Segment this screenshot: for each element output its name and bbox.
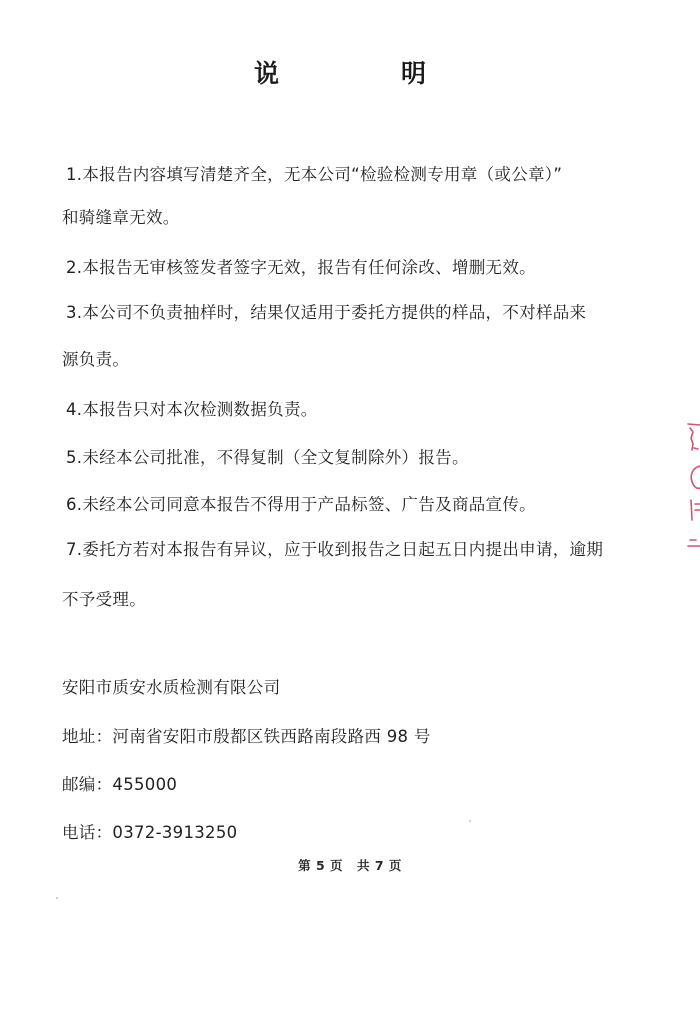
current-page-label: 第 5 页 <box>298 856 343 874</box>
page-footer: 第 5 页共 7 页 <box>0 856 700 874</box>
company-postcode: 邮编：455000 <box>62 773 177 797</box>
note-1-line-1: 1.本报告内容填写清楚齐全，无本公司“检验检测专用章（或公章）” <box>66 163 562 187</box>
note-3-line-2: 源负责。 <box>62 348 129 372</box>
note-4: 4.本报告只对本次检测数据负责。 <box>66 398 318 422</box>
document-page: 说 明 1.本报告内容填写清楚齐全，无本公司“检验检测专用章（或公章）” 和骑缝… <box>0 0 700 1021</box>
note-6: 6.未经本公司同意本报告不得用于产品标签、广告及商品宣传。 <box>66 493 536 517</box>
company-phone: 电话：0372-3913250 <box>62 821 237 845</box>
company-address: 地址：河南省安阳市殷都区铁西路南段路西 98 号 <box>62 725 431 749</box>
title-char-1: 说 <box>254 56 279 92</box>
seal-stamp-fragment-icon <box>684 422 700 560</box>
note-7-line-2: 不予受理。 <box>62 588 146 612</box>
title-char-2: 明 <box>401 56 426 92</box>
note-3-line-1: 3.本公司不负责抽样时，结果仅适用于委托方提供的样品，不对样品来 <box>66 301 586 325</box>
note-5: 5.未经本公司批准，不得复制（全文复制除外）报告。 <box>66 446 469 470</box>
total-pages-label: 共 7 页 <box>357 856 402 874</box>
note-1-line-2: 和骑缝章无效。 <box>62 206 180 230</box>
company-name: 安阳市质安水质检测有限公司 <box>62 676 280 700</box>
document-title: 说 明 <box>0 56 700 96</box>
note-2: 2.本报告无审核签发者签字无效，报告有任何涂改、增删无效。 <box>66 256 536 280</box>
scan-speck <box>469 820 471 822</box>
scan-speck <box>56 897 58 899</box>
note-7-line-1: 7.委托方若对本报告有异议，应于收到报告之日起五日内提出申请，逾期 <box>66 538 603 562</box>
